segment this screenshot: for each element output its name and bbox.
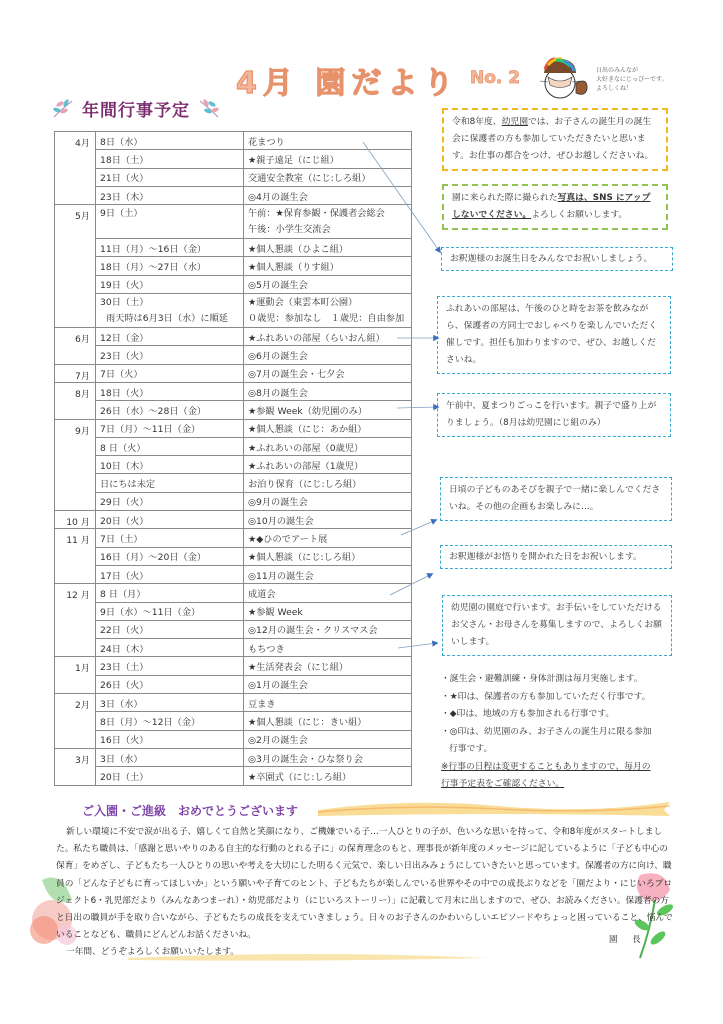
table-row: 4月8日（水）花まつり [55, 132, 412, 150]
month-cell: 4月 [55, 132, 96, 205]
legend-item: ・誕生会・避難訓練・身体計測は毎月実施します。 [441, 671, 652, 689]
table-row: 16日（火）◎2月の誕生会 [55, 730, 412, 748]
month-cell: 9月 [55, 419, 96, 510]
letter-body: 新しい環境に不安で涙が出る子、嬉しくて自然と笑顔になり、ご機嫌でいる子…一人ひと… [56, 824, 674, 944]
month-cell: 8月 [55, 382, 96, 419]
table-row: 2月3日（水）豆まき [55, 694, 412, 712]
legend-caution: ※行事の日程は変更することもありますので、毎月の [441, 759, 652, 777]
newsletter-title: 4月 園だより [236, 58, 459, 102]
table-row: 3月3日（水）◎3月の誕生会・ひな祭り会 [55, 748, 412, 766]
schedule-heading: 年間行事予定 [52, 96, 220, 121]
note-underlined: 幼児園 [502, 117, 528, 127]
date-cell: 8 日（月） [96, 584, 244, 602]
month-cell: 10 月 [55, 511, 96, 529]
event-text: 午前：★保育参観・保護者会総会 [248, 206, 407, 222]
table-row: 24日（木）もちつき [55, 639, 412, 657]
event-cell: ◎2月の誕生会 [244, 730, 412, 748]
mascot-speech: 日出のみんなが 大好きなにじっぴーです。 よろしくね！ [596, 66, 706, 93]
table-row: 9月7日（月）～11日（金）★個人懇談（にじ：あか組） [55, 419, 412, 437]
event-cell: ★親子遠足（にじ組） [244, 150, 412, 168]
month-cell: 6月 [55, 328, 96, 365]
event-cell: ◎1月の誕生会 [244, 675, 412, 693]
table-row: 8日（月）～12日（金）★個人懇談（にじ：きい組） [55, 712, 412, 730]
mochitsuki-note: 幼児園の園庭で行います。お手伝いをしていただけるお父さん・お母さんを募集しますの… [442, 595, 672, 656]
date-cell: 19日（火） [96, 275, 244, 293]
note-text: お釈迦様のお誕生日をみんなでお祝いしましょう。 [450, 254, 652, 264]
summer-festival-note: 午前中、夏まつりごっこを行います。親子で盛り上がりましょう。（8月は幼児園にじ組… [437, 393, 671, 437]
table-row: 10 月20日（火）◎10月の誕生会 [55, 511, 412, 529]
table-row: 5月9日（土） 午前：★保育参観・保護者会総会午後：小学生交流会 [55, 205, 412, 239]
event-cell: ◎5月の誕生会 [244, 275, 412, 293]
annual-schedule-table: 4月8日（水）花まつり18日（土）★親子遠足（にじ組）21日（火）交通安全教室（… [54, 131, 412, 786]
table-row: 26日（水）～28日（金）★参観 Week（幼児園のみ） [55, 401, 412, 419]
welcome-letter: 新しい環境に不安で涙が出る子、嬉しくて自然と笑顔になり、ご機嫌でいる子…一人ひと… [56, 824, 674, 962]
date-cell: 9日（土） [96, 205, 244, 239]
date-note: 雨天時は6月3日（水）に順延 [100, 311, 239, 327]
date-cell: 20日（土） [96, 767, 244, 785]
event-cell: ◎11月の誕生会 [244, 565, 412, 583]
art-exhibition-note: 日頃の子どものあそびを親子で一緒に楽しんでくださいね。その他の企画もお楽しみに…… [440, 477, 672, 521]
date-cell: 12日（金） [96, 328, 244, 346]
event-text: ★運動会（東雲本町公園） [248, 295, 407, 311]
date-cell: 26日（火） [96, 675, 244, 693]
date-text: 9日（土） [100, 206, 239, 222]
event-cell: ★個人懇談（にじ:しろ組） [244, 547, 412, 565]
event-note: 午後：小学生交流会 [248, 222, 407, 238]
date-cell: 30日（土）雨天時は6月3日（水）に順延 [96, 294, 244, 328]
table-row: 11日（月）～16日（金）★個人懇談（ひよこ組） [55, 239, 412, 257]
table-row: 10日（木）★ふれあいの部屋（1歳児） [55, 456, 412, 474]
date-cell: 3日（水） [96, 694, 244, 712]
legend-item: ・◆印は、地域の方も参加される行事です。 [441, 706, 652, 724]
table-row: 18日（月）～27日（水）★個人懇談（りす組） [55, 257, 412, 275]
date-cell: 7日（土） [96, 529, 244, 547]
event-cell: ◎3月の誕生会・ひな祭り会 [244, 748, 412, 766]
date-cell: 18日（火） [96, 382, 244, 400]
event-cell: ★運動会（東雲本町公園）０歳児：参加なし １歳児：自由参加 [244, 294, 412, 328]
event-cell: ★生活発表会（にじ組） [244, 657, 412, 675]
mascot-line: よろしくね！ [596, 84, 706, 93]
table-row: 7月7日（火）◎7月の誕生会・七夕会 [55, 364, 412, 382]
mascot-illustration [536, 55, 590, 101]
date-cell: 9日（水）～11日（金） [96, 602, 244, 620]
event-cell: ◎6月の誕生会 [244, 346, 412, 364]
event-cell: ★ふれあいの部屋（1歳児） [244, 456, 412, 474]
mascot-line: 大好きなにじっぴーです。 [596, 75, 706, 84]
jodoe-note: お釈迦様がお悟りを開かれた日をお祝いします。 [440, 545, 672, 569]
event-cell: ★ふれあいの部屋（らいおん組） [244, 328, 412, 346]
table-row: 11 月7日（土）★◆ひのでアート展 [55, 529, 412, 547]
event-note: ０歳児：参加なし １歳児：自由参加 [248, 311, 407, 327]
event-cell: ★個人懇談（りす組） [244, 257, 412, 275]
photo-note: 園に来られた際に撮られた写真は、SNS にアップしないでください。よろしくお願い… [442, 184, 668, 230]
note-text: お釈迦様がお悟りを開かれた日をお祝いします。 [449, 552, 642, 562]
date-cell: 16日（月）～20日（金） [96, 547, 244, 565]
month-cell: 2月 [55, 694, 96, 749]
table-row: 21日（火）交通安全教室（にじ:しろ組） [55, 168, 412, 186]
table-row: 日にちは未定お泊り保育（にじ:しろ組） [55, 474, 412, 492]
date-cell: 24日（木） [96, 639, 244, 657]
date-cell: 11日（月）～16日（金） [96, 239, 244, 257]
date-text: 30日（土） [100, 295, 239, 311]
date-cell: 17日（火） [96, 565, 244, 583]
table-row: 6月12日（金）★ふれあいの部屋（らいおん組） [55, 328, 412, 346]
table-row: 30日（土）雨天時は6月3日（水）に順延★運動会（東雲本町公園）０歳児：参加なし… [55, 294, 412, 328]
date-cell: 10日（木） [96, 456, 244, 474]
mascot-line: 日出のみんなが [596, 66, 706, 75]
date-cell: 23日（火） [96, 346, 244, 364]
month-cell: 5月 [55, 205, 96, 328]
date-cell: 3日（水） [96, 748, 244, 766]
legend-caution: 行事予定表をご確認ください。 [441, 776, 652, 794]
date-cell: 8 日（火） [96, 437, 244, 455]
month-cell: 11 月 [55, 529, 96, 584]
date-cell: 21日（火） [96, 168, 244, 186]
event-cell: 花まつり [244, 132, 412, 150]
date-cell: 22日（火） [96, 620, 244, 638]
decorative-ribbon [318, 796, 670, 818]
table-row: 26日（火）◎1月の誕生会 [55, 675, 412, 693]
event-cell: ★卒園式（にじ:しろ組） [244, 767, 412, 785]
signature: 園 長 [609, 933, 647, 945]
month-cell: 12 月 [55, 584, 96, 657]
event-cell: ★参観 Week（幼児園のみ） [244, 401, 412, 419]
event-cell: ★個人懇談（ひよこ組） [244, 239, 412, 257]
date-cell: 8日（月）～12日（金） [96, 712, 244, 730]
table-row: 18日（土）★親子遠足（にじ組） [55, 150, 412, 168]
event-cell: 交通安全教室（にじ:しろ組） [244, 168, 412, 186]
flower-festival-note: お釈迦様のお誕生日をみんなでお祝いしましょう。 [441, 247, 673, 271]
date-cell: 7日（火） [96, 364, 244, 382]
date-cell: 20日（火） [96, 511, 244, 529]
event-cell: ★個人懇談（にじ：あか組） [244, 419, 412, 437]
legend-item: ・◎印は、幼児園のみ、お子さんの誕生月に限る参加 [441, 724, 652, 742]
date-cell: 23日（木） [96, 186, 244, 204]
table-row: 29日（火）◎9月の誕生会 [55, 492, 412, 510]
date-cell: 8日（水） [96, 132, 244, 150]
date-cell: 18日（月）～27日（水） [96, 257, 244, 275]
event-cell: ◎7月の誕生会・七夕会 [244, 364, 412, 382]
welcome-heading: ご入園・ご進級 おめでとうございます [82, 802, 298, 819]
decorative-ribbon [128, 952, 488, 962]
note-text: 令和8年度、 [452, 117, 502, 127]
event-cell: お泊り保育（にじ:しろ組） [244, 474, 412, 492]
note-text: 午前中、夏まつりごっこを行います。親子で盛り上がりましょう。（8月は幼児園にじ組… [446, 401, 656, 428]
legend-item: 行事です。 [441, 741, 652, 759]
event-cell: もちつき [244, 639, 412, 657]
date-cell: 23日（土） [96, 657, 244, 675]
event-cell: ★個人懇談（にじ：きい組） [244, 712, 412, 730]
date-cell: 16日（火） [96, 730, 244, 748]
event-cell: ◎4月の誕生会 [244, 186, 412, 204]
event-cell: ◎10月の誕生会 [244, 511, 412, 529]
table-row: 19日（火）◎5月の誕生会 [55, 275, 412, 293]
table-row: 8 日（火）★ふれあいの部屋（0歳児） [55, 437, 412, 455]
table-row: 22日（火）◎12月の誕生会・クリスマス会 [55, 620, 412, 638]
date-cell: 日にちは未定 [96, 474, 244, 492]
schedule-title: 年間行事予定 [82, 96, 190, 121]
month-cell: 1月 [55, 657, 96, 694]
event-cell: ★◆ひのでアート展 [244, 529, 412, 547]
table-row: 23日（火）◎6月の誕生会 [55, 346, 412, 364]
month-cell: 7月 [55, 364, 96, 382]
date-cell: 26日（水）～28日（金） [96, 401, 244, 419]
event-cell: 成道会 [244, 584, 412, 602]
table-row: 1月23日（土）★生活発表会（にじ組） [55, 657, 412, 675]
table-row: 8月18日（火）◎8月の誕生会 [55, 382, 412, 400]
note-text: 園に来られた際に撮られた [452, 193, 558, 203]
table-row: 17日（火）◎11月の誕生会 [55, 565, 412, 583]
note-text: ふれあいの部屋は、午後のひと時をお茶を飲みながら、保護者の方同士でおしゃべりを楽… [446, 304, 657, 365]
table-row: 23日（木）◎4月の誕生会 [55, 186, 412, 204]
note-text: 日頃の子どものあそびを親子で一緒に楽しんでくださいね。その他の企画もお楽しみに…… [449, 485, 660, 512]
note-text: 幼児園の園庭で行います。お手伝いをしていただけるお父さん・お母さんを募集しますの… [451, 603, 662, 647]
event-cell: ★ふれあいの部屋（0歳児） [244, 437, 412, 455]
date-cell: 18日（土） [96, 150, 244, 168]
event-cell: ◎8月の誕生会 [244, 382, 412, 400]
table-row: 12 月8 日（月）成道会 [55, 584, 412, 602]
birthday-note: 令和8年度、幼児園では、お子さんの誕生月の誕生会に保護者の方も参加していただきた… [442, 108, 668, 171]
table-row: 16日（月）～20日（金）★個人懇談（にじ:しろ組） [55, 547, 412, 565]
event-cell: ★参観 Week [244, 602, 412, 620]
event-cell: 豆まき [244, 694, 412, 712]
leaf-icon [198, 99, 220, 119]
event-cell: ◎9月の誕生会 [244, 492, 412, 510]
date-cell: 29日（火） [96, 492, 244, 510]
fureai-note: ふれあいの部屋は、午後のひと時をお茶を飲みながら、保護者の方同士でおしゃべりを楽… [437, 296, 671, 374]
legend-item: ・★印は、保護者の方も参加していただく行事です。 [441, 689, 652, 707]
symbol-legend: ・誕生会・避難訓練・身体計測は毎月実施します。 ・★印は、保護者の方も参加してい… [441, 671, 652, 794]
event-cell: 午前：★保育参観・保護者会総会午後：小学生交流会 [244, 205, 412, 239]
event-cell: ◎12月の誕生会・クリスマス会 [244, 620, 412, 638]
date-cell: 7日（月）～11日（金） [96, 419, 244, 437]
issue-number: No. 2 [470, 68, 520, 88]
table-row: 9日（水）～11日（金）★参観 Week [55, 602, 412, 620]
table-row: 20日（土）★卒園式（にじ:しろ組） [55, 767, 412, 785]
note-text: よろしくお願いします。 [531, 210, 627, 220]
month-cell: 3月 [55, 748, 96, 785]
leaf-icon [52, 99, 74, 119]
